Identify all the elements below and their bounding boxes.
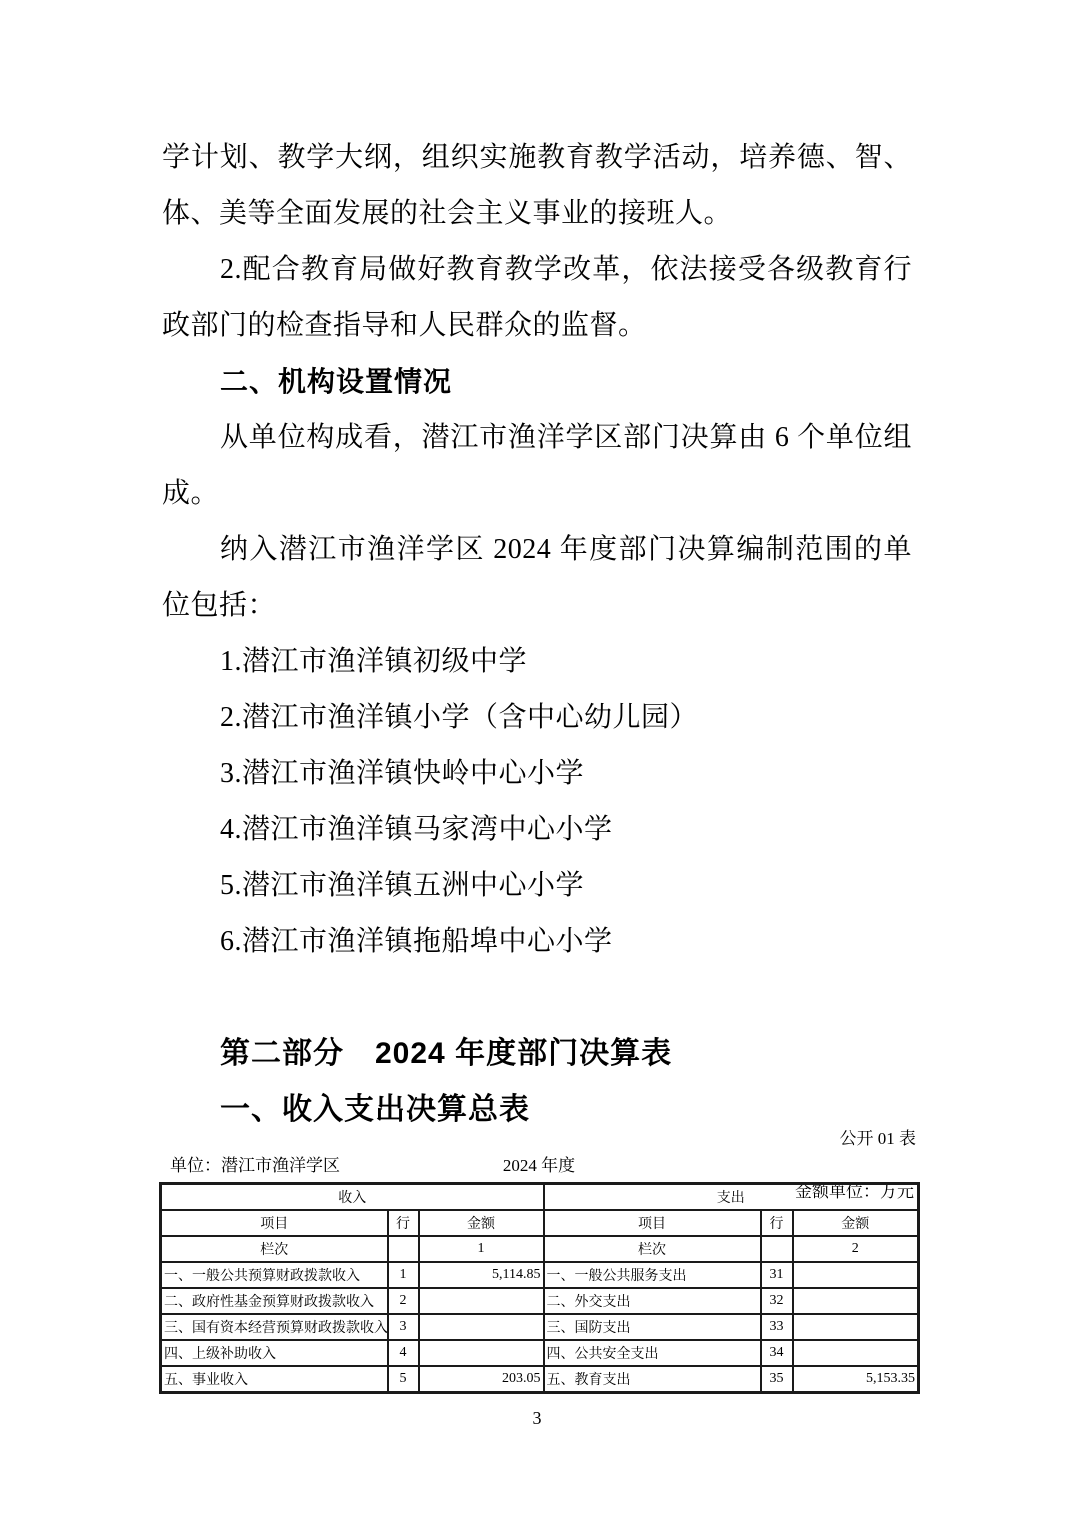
table-row: 一、一般公共预算财政拨款收入 1 5,114.85 一、一般公共服务支出 31 (161, 1262, 919, 1288)
income-amount-cell (419, 1340, 544, 1366)
expense-amount-cell (793, 1314, 919, 1340)
paragraph-line: 学计划、教学大纲，组织实施教育教学活动，培养德、智、 (162, 130, 912, 186)
table-column-header-row: 项目 行 金额 项目 行 金额 (161, 1210, 919, 1236)
paragraph-line: 政部门的检查指导和人民群众的监督。 (162, 298, 912, 354)
income-item-cell: 四、上级补助收入 (161, 1340, 388, 1366)
lanci-cell: 2 (793, 1236, 919, 1262)
income-item-cell: 三、国有资本经营预算财政拨款收入 (161, 1314, 388, 1340)
expense-rownum-cell: 31 (761, 1262, 793, 1288)
income-item-cell: 一、一般公共预算财政拨款收入 (161, 1262, 388, 1288)
col-header-row: 行 (761, 1210, 793, 1236)
unit-name-label: 单位：潜江市渔洋学区 (170, 1153, 340, 1179)
expense-rownum-cell: 32 (761, 1288, 793, 1314)
col-header-item: 项目 (161, 1210, 388, 1236)
table-row: 四、上级补助收入 4 四、公共安全支出 34 (161, 1340, 919, 1366)
table-lanci-row: 栏次 1 栏次 2 (161, 1236, 919, 1262)
page-number: 3 (0, 1408, 1074, 1429)
income-amount-cell: 5,114.85 (419, 1262, 544, 1288)
lanci-cell: 栏次 (544, 1236, 761, 1262)
income-section-header: 收入 (161, 1184, 544, 1211)
document-page: 学计划、教学大纲，组织实施教育教学活动，培养德、智、 体、美等全面发展的社会主义… (0, 0, 1074, 1520)
unit-list-item: 1.潜江市渔洋镇初级中学 (162, 634, 912, 690)
lanci-cell: 栏次 (161, 1236, 388, 1262)
blank-line (162, 970, 912, 1026)
expense-amount-cell (793, 1262, 919, 1288)
paragraph-line: 位包括： (162, 578, 912, 634)
table-row: 二、政府性基金预算财政拨款收入 2 二、外交支出 32 (161, 1288, 919, 1314)
expense-section-header: 支出 (544, 1184, 919, 1211)
unit-list-item: 2.潜江市渔洋镇小学（含中心幼儿园） (162, 690, 912, 746)
table-meta-row: 单位：潜江市渔洋学区 2024 年度 金额单位：万元 (160, 1153, 918, 1179)
lanci-cell (761, 1236, 793, 1262)
income-amount-cell (419, 1314, 544, 1340)
income-item-cell: 五、事业收入 (161, 1366, 388, 1393)
income-rownum-cell: 2 (388, 1288, 419, 1314)
expense-amount-cell (793, 1340, 919, 1366)
unit-list-item: 5.潜江市渔洋镇五洲中心小学 (162, 858, 912, 914)
unit-list-item: 4.潜江市渔洋镇马家湾中心小学 (162, 802, 912, 858)
col-header-item: 项目 (544, 1210, 761, 1236)
paragraph-line: 体、美等全面发展的社会主义事业的接班人。 (162, 186, 912, 242)
table-section-header-row: 收入 支出 (161, 1184, 919, 1211)
unit-list-item: 6.潜江市渔洋镇拖船埠中心小学 (162, 914, 912, 970)
income-rownum-cell: 4 (388, 1340, 419, 1366)
expense-item-cell: 一、一般公共服务支出 (544, 1262, 761, 1288)
body-text: 学计划、教学大纲，组织实施教育教学活动，培养德、智、 体、美等全面发展的社会主义… (162, 130, 912, 1138)
part2-heading: 第二部分 2024 年度部门决算表 (162, 1026, 912, 1082)
income-amount-cell (419, 1288, 544, 1314)
lanci-cell (388, 1236, 419, 1262)
expense-rownum-cell: 34 (761, 1340, 793, 1366)
unit-list-item: 3.潜江市渔洋镇快岭中心小学 (162, 746, 912, 802)
sheet-number-label: 公开 01 表 (160, 1128, 916, 1150)
table-row: 三、国有资本经营预算财政拨款收入 3 三、国防支出 33 (161, 1314, 919, 1340)
col-header-row: 行 (388, 1210, 419, 1236)
income-rownum-cell: 3 (388, 1314, 419, 1340)
income-amount-cell: 203.05 (419, 1366, 544, 1393)
expense-item-cell: 五、教育支出 (544, 1366, 761, 1393)
income-expense-summary-table: 收入 支出 项目 行 金额 项目 行 金额 栏次 1 栏次 2 一、一般公共预算… (159, 1182, 920, 1394)
income-rownum-cell: 1 (388, 1262, 419, 1288)
col-header-amount: 金额 (419, 1210, 544, 1236)
section-heading-org: 二、机构设置情况 (162, 354, 912, 410)
paragraph-line: 成。 (162, 466, 912, 522)
paragraph-line: 纳入潜江市渔洋学区 2024 年度部门决算编制范围的单 (162, 522, 912, 578)
expense-item-cell: 三、国防支出 (544, 1314, 761, 1340)
table-row: 五、事业收入 5 203.05 五、教育支出 35 5,153.35 (161, 1366, 919, 1393)
expense-amount-cell: 5,153.35 (793, 1366, 919, 1393)
income-item-cell: 二、政府性基金预算财政拨款收入 (161, 1288, 388, 1314)
expense-amount-cell (793, 1288, 919, 1314)
income-rownum-cell: 5 (388, 1366, 419, 1393)
expense-rownum-cell: 33 (761, 1314, 793, 1340)
expense-item-cell: 二、外交支出 (544, 1288, 761, 1314)
paragraph-line: 2.配合教育局做好教育教学改革，依法接受各级教育行 (162, 242, 912, 298)
paragraph-line: 从单位构成看，潜江市渔洋学区部门决算由 6 个单位组 (162, 410, 912, 466)
expense-rownum-cell: 35 (761, 1366, 793, 1393)
lanci-cell: 1 (419, 1236, 544, 1262)
expense-item-cell: 四、公共安全支出 (544, 1340, 761, 1366)
col-header-amount: 金额 (793, 1210, 919, 1236)
